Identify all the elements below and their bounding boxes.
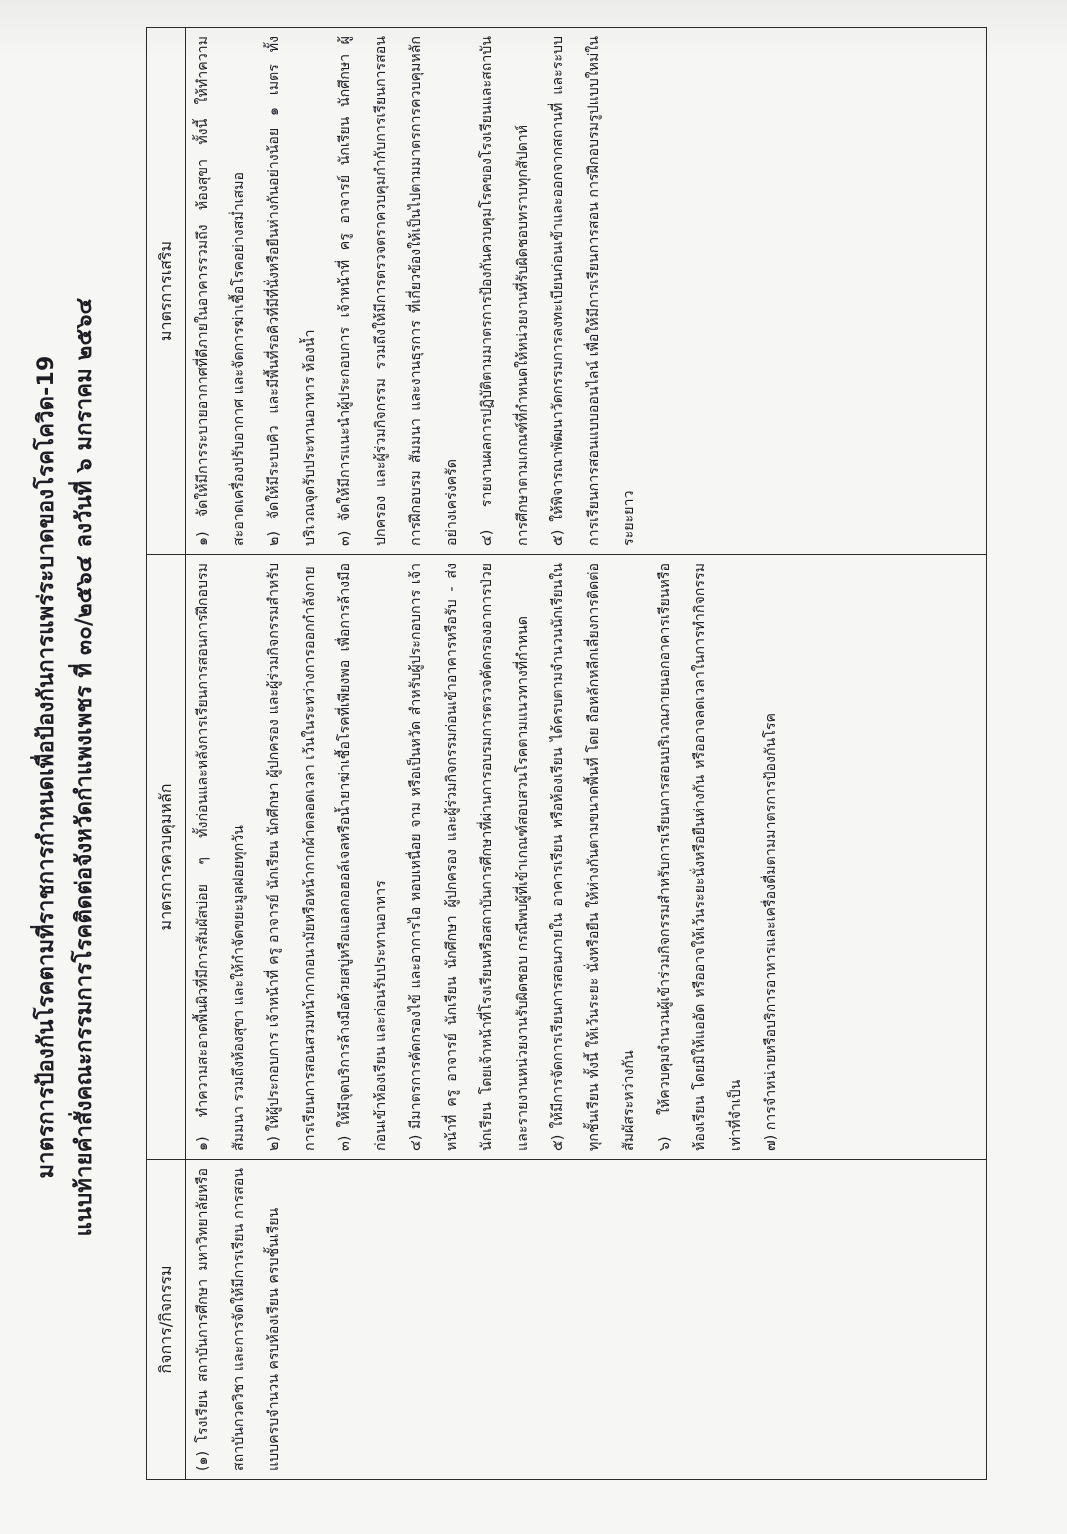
header-supplementary-measures: มาตรการเสริม [147,28,186,555]
activity-text: (๑) โรงเรียน สถาบันการศึกษา มหาวิทยาลัยห… [186,1168,293,1471]
supplementary-measure-item: ๓) จัดให้มีการแนะนำผู้ประกอบการ เจ้าหน้า… [328,36,470,546]
main-measure-item: ๑) ทำความสะอาดพื้นผิวที่มีการสัมผัสบ่อย … [186,563,257,1151]
table-header-row: กิจการ/กิจกรรม มาตรการควบคุมหลัก มาตรการ… [147,28,186,1480]
main-measure-item: ๔) มีมาตรการคัดกรองไข้ และอาการไอ หอบเหน… [399,563,541,1151]
measures-table: กิจการ/กิจกรรม มาตรการควบคุมหลัก มาตรการ… [146,27,987,1480]
document-page: มาตรการป้องกันโรคตามที่ราชการกำหนดเพื่อป… [0,0,1067,1534]
header-activity: กิจการ/กิจกรรม [147,1160,186,1480]
main-measure-item: ๖) ให้ควบคุมจำนวนผู้เข้าร่วมกิจกรรมสำหรั… [648,563,755,1151]
main-measure-item: ๒) ให้ผู้ประกอบการ เจ้าหน้าที่ ครู อาจาร… [257,563,328,1151]
supplementary-measure-item: ๕) ให้พิจารณาพัฒนาวัดกรรมการลงทะเบียนก่อ… [541,36,648,546]
main-measure-item: ๓) ให้มีจุดบริการล้างมือด้วยสบู่หรือแอลก… [328,563,399,1151]
activity-cell: (๑) โรงเรียน สถาบันการศึกษา มหาวิทยาลัยห… [186,1160,987,1480]
document-title: มาตรการป้องกันโรคตามที่ราชการกำหนดเพื่อป… [28,0,66,1534]
supplementary-measure-item: ๑) จัดให้มีการระบายอากาศที่ดีภายในอาคารร… [186,36,257,546]
document-subtitle: แนบท้ายคำสั่งคณะกรรมการโรคติดต่อจังหวัดก… [66,0,104,1534]
table-row: (๑) โรงเรียน สถาบันการศึกษา มหาวิทยาลัยห… [186,28,987,1480]
document-title-block: มาตรการป้องกันโรคตามที่ราชการกำหนดเพื่อป… [28,0,104,1534]
main-measure-item: ๕) ให้มีการจัดการเรียนการสอนภายใน อาคารเ… [541,563,648,1151]
supplementary-measure-item: ๔) รายงานผลการปฏิบัติตามมาตรการป้องกันคว… [470,36,541,546]
header-main-measures: มาตรการควบคุมหลัก [147,555,186,1160]
main-measure-item: ๗) การจำหน่ายหรือบริการอาหารและเครื่องดื… [754,563,790,1151]
main-measures-cell: ๑) ทำความสะอาดพื้นผิวที่มีการสัมผัสบ่อย … [186,555,987,1160]
supplementary-measures-cell: ๑) จัดให้มีการระบายอากาศที่ดีภายในอาคารร… [186,28,987,555]
supplementary-measure-item: ๒) จัดให้มีระบบคิว และมีพื้นที่รอคิวที่ม… [257,36,328,546]
